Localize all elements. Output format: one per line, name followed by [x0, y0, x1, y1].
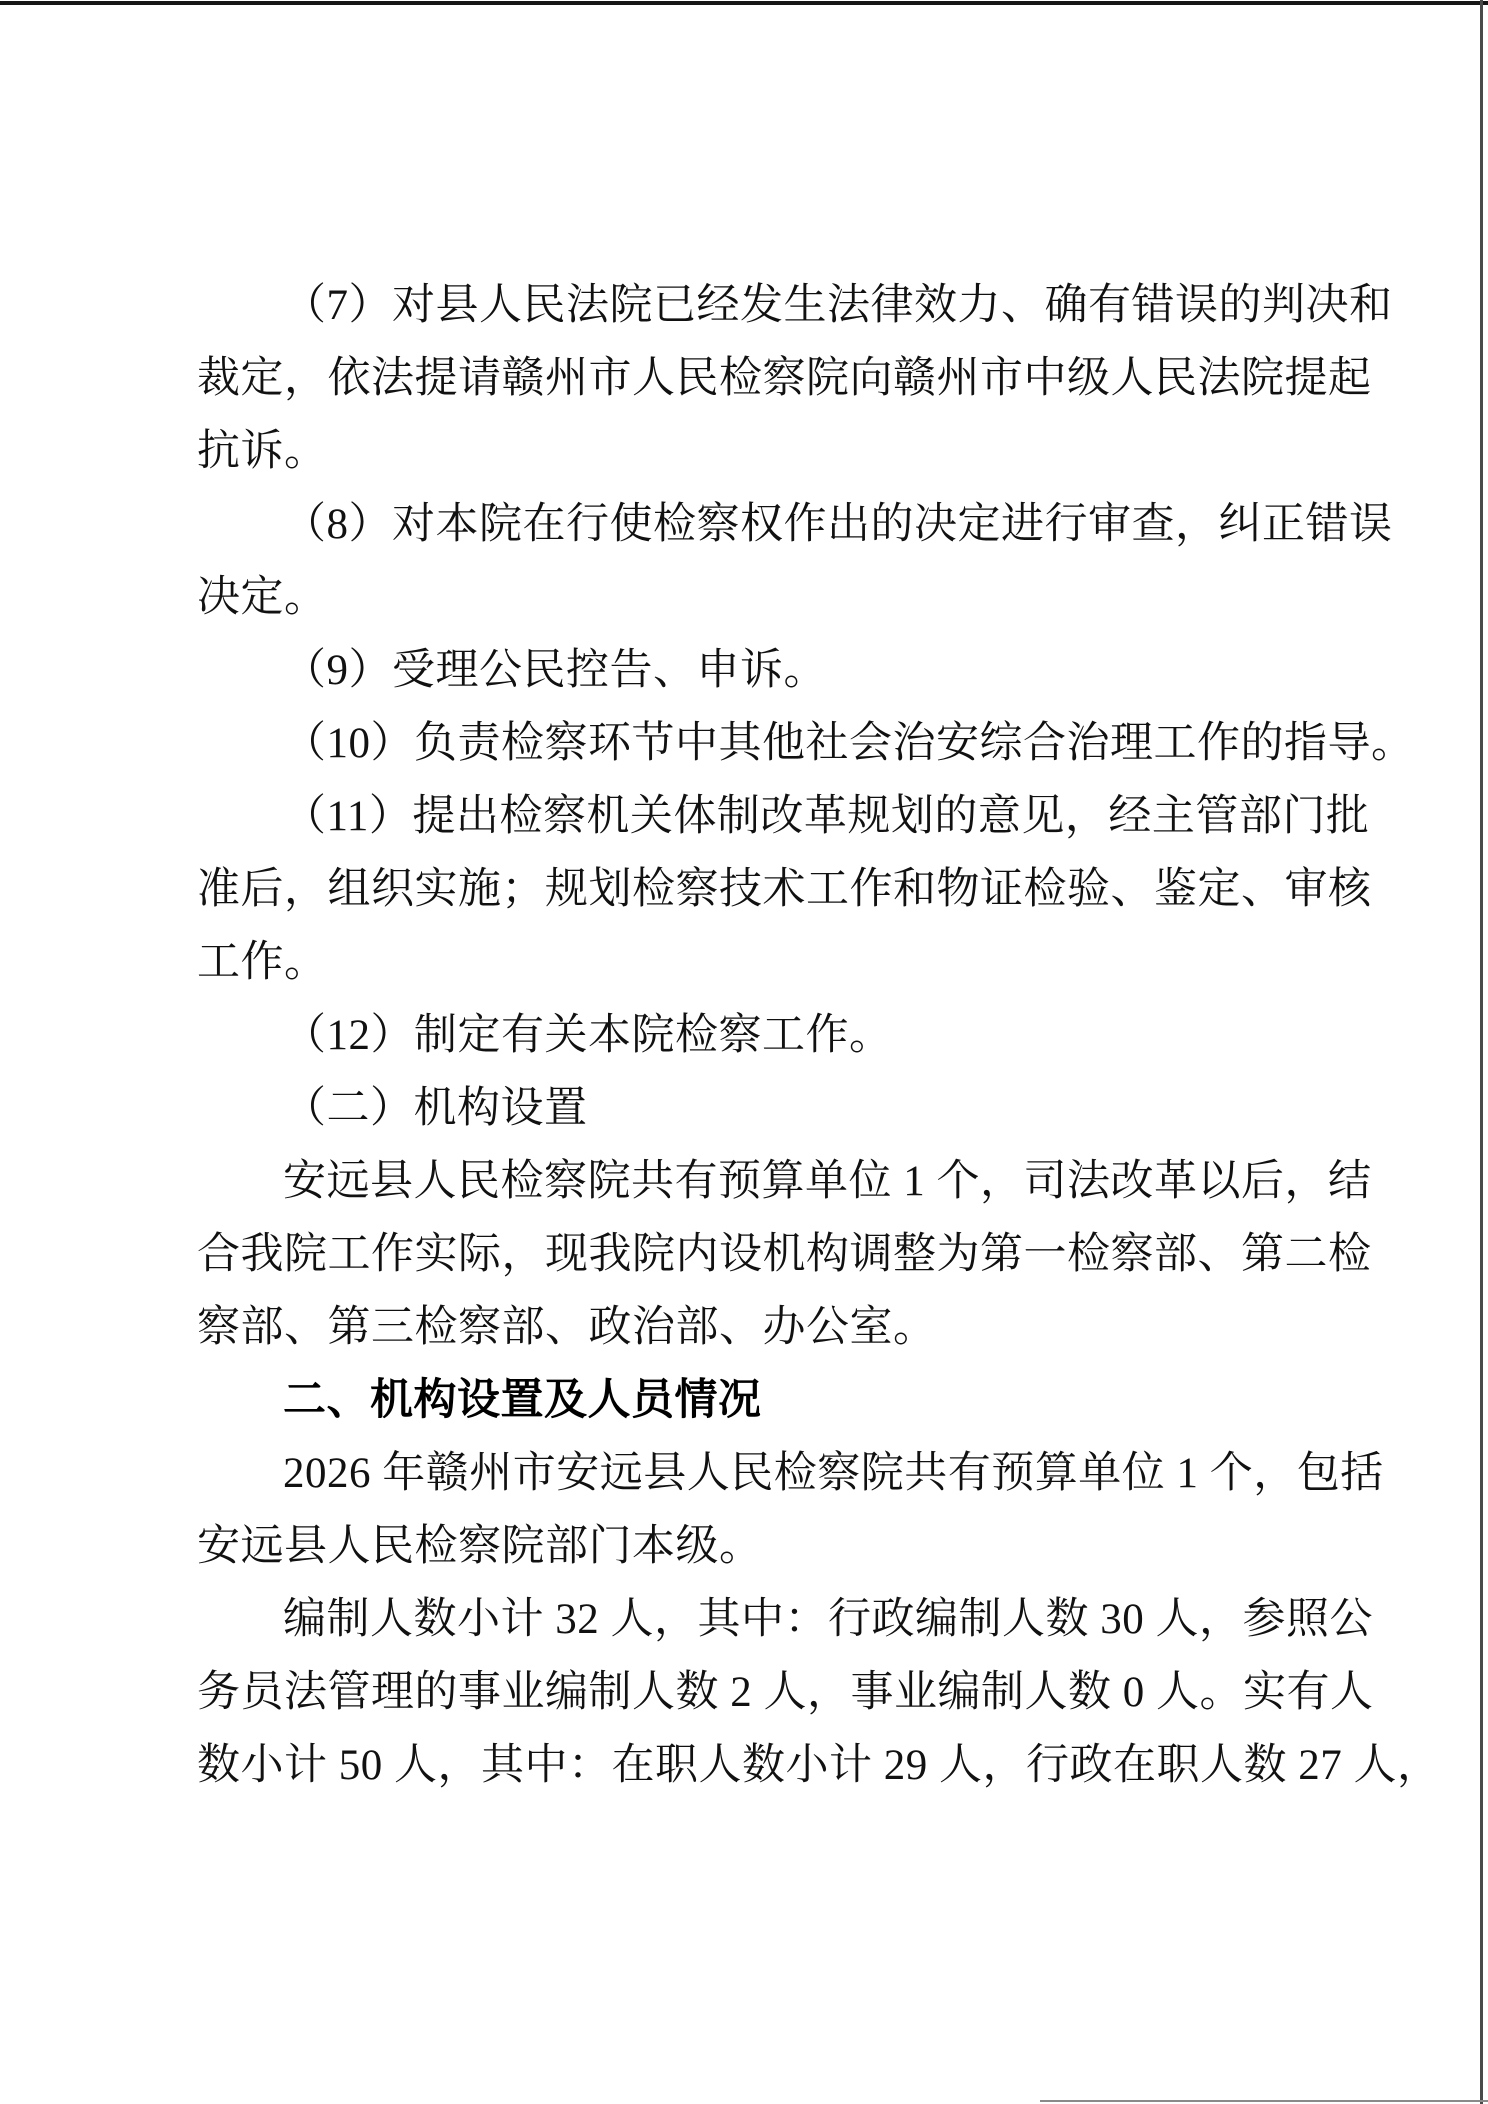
paragraph: 安远县人民检察院共有预算单位 1 个，司法改革以后，结合我院工作实际，现我院内设…: [197, 1145, 1397, 1364]
text-line: 编制人数小计 32 人，其中：行政编制人数 30 人，参照公: [197, 1583, 1397, 1656]
text-line: （7）对县人民法院已经发生法律效力、确有错误的判决和: [197, 269, 1397, 342]
paragraph: （12）制定有关本院检察工作。: [197, 999, 1397, 1072]
page-top-edge: [0, 1, 1488, 5]
paragraph: （10）负责检察环节中其他社会治安综合治理工作的指导。: [197, 707, 1397, 780]
text-line: 察部、第三检察部、政治部、办公室。: [197, 1291, 1397, 1364]
text-line: 准后，组织实施；规划检察技术工作和物证检验、鉴定、审核: [197, 853, 1397, 926]
section-heading: 二、机构设置及人员情况: [197, 1364, 1397, 1437]
paragraph: （7）对县人民法院已经发生法律效力、确有错误的判决和裁定，依法提请赣州市人民检察…: [197, 269, 1397, 488]
text-line: 决定。: [197, 561, 1397, 634]
document-page: （7）对县人民法院已经发生法律效力、确有错误的判决和裁定，依法提请赣州市人民检察…: [0, 0, 1488, 2104]
paragraph: （二）机构设置: [197, 1072, 1397, 1145]
text-line: 裁定，依法提请赣州市人民检察院向赣州市中级人民法院提起: [197, 342, 1397, 415]
paragraph: （8）对本院在行使检察权作出的决定进行审查，纠正错误决定。: [197, 488, 1397, 634]
text-line: 安远县人民检察院部门本级。: [197, 1510, 1397, 1583]
text-line: 安远县人民检察院共有预算单位 1 个，司法改革以后，结: [197, 1145, 1397, 1218]
text-line: 抗诉。: [197, 415, 1397, 488]
paragraph: （9）受理公民控告、申诉。: [197, 634, 1397, 707]
text-line: （8）对本院在行使检察权作出的决定进行审查，纠正错误: [197, 488, 1397, 561]
paragraph: 编制人数小计 32 人，其中：行政编制人数 30 人，参照公务员法管理的事业编制…: [197, 1583, 1397, 1802]
paragraph: 2026 年赣州市安远县人民检察院共有预算单位 1 个，包括安远县人民检察院部门…: [197, 1437, 1397, 1583]
text-line: （9）受理公民控告、申诉。: [197, 634, 1397, 707]
page-bottom-edge: [1040, 2100, 1488, 2102]
text-line: 数小计 50 人，其中：在职人数小计 29 人，行政在职人数 27 人，: [197, 1729, 1397, 1802]
text-line: 2026 年赣州市安远县人民检察院共有预算单位 1 个，包括: [197, 1437, 1397, 1510]
text-line: （二）机构设置: [197, 1072, 1397, 1145]
text-line: （11）提出检察机关体制改革规划的意见，经主管部门批: [197, 780, 1397, 853]
text-line: 工作。: [197, 926, 1397, 999]
text-line: 务员法管理的事业编制人数 2 人，事业编制人数 0 人。实有人: [197, 1656, 1397, 1729]
document-body: （7）对县人民法院已经发生法律效力、确有错误的判决和裁定，依法提请赣州市人民检察…: [197, 269, 1397, 1802]
paragraph: （11）提出检察机关体制改革规划的意见，经主管部门批准后，组织实施；规划检察技术…: [197, 780, 1397, 999]
text-line: 二、机构设置及人员情况: [197, 1364, 1397, 1437]
text-line: 合我院工作实际，现我院内设机构调整为第一检察部、第二检: [197, 1218, 1397, 1291]
text-line: （12）制定有关本院检察工作。: [197, 999, 1397, 1072]
text-line: （10）负责检察环节中其他社会治安综合治理工作的指导。: [197, 707, 1397, 780]
page-right-edge: [1480, 0, 1483, 2104]
